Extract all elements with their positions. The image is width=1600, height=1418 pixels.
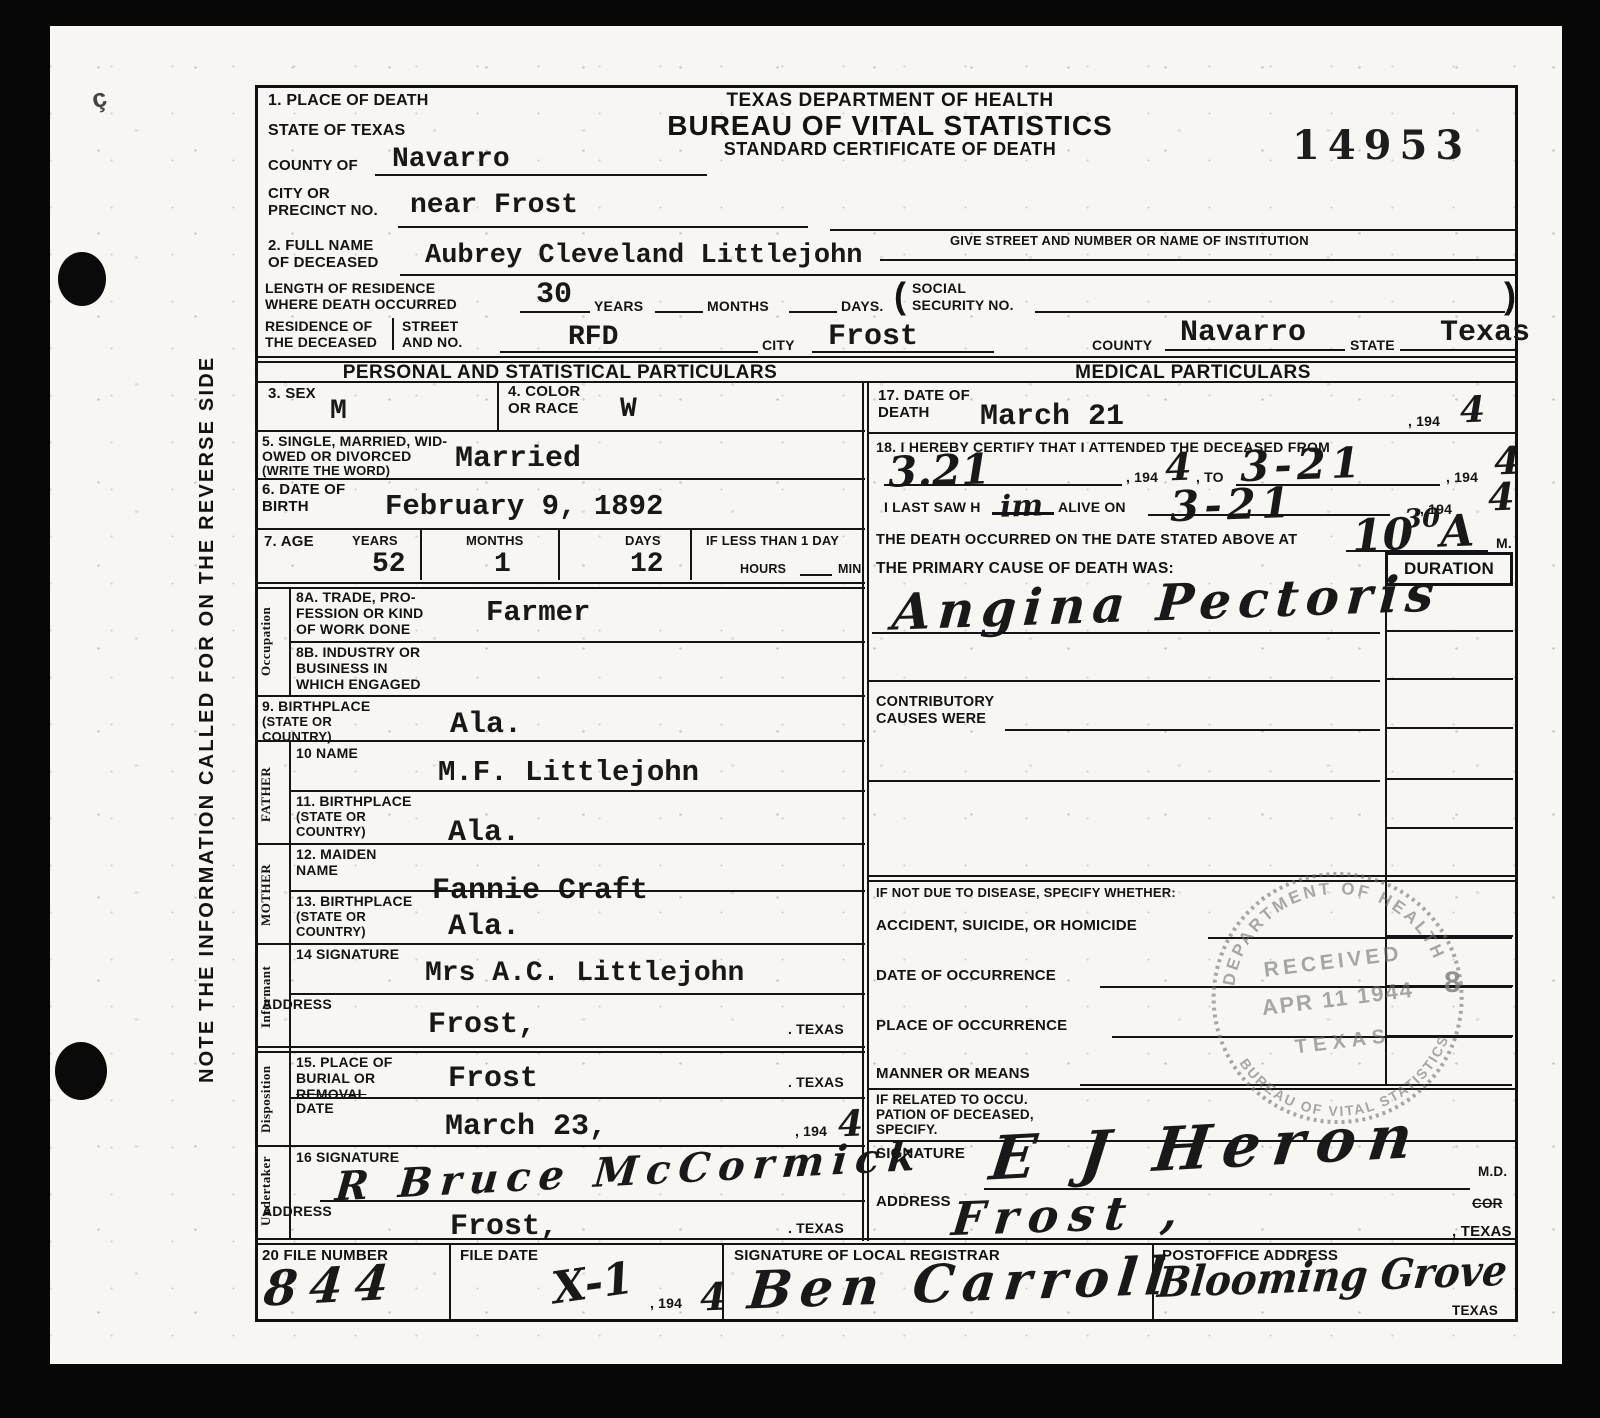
residence-years-field: 30 [536,280,572,310]
city-precinct-field: near Frost [410,192,578,220]
residence-state-field: Texas [1440,318,1530,348]
residence-length-label2: WHERE DEATH OCCURRED [265,297,457,313]
sex-label: 3. SEX [268,386,316,403]
marital-label3: (WRITE THE WORD) [262,464,390,479]
age-years-field: 52 [372,551,406,579]
divider-line [289,790,865,792]
age-months-field: 1 [494,551,511,579]
column-divider [867,381,869,1241]
hole-punch-bottom [55,1042,107,1100]
file-year-hand: 4 [699,1278,727,1317]
age-months-label: MONTHS [466,534,524,549]
divider-line [655,311,703,313]
mother-name-label1: 12. MAIDEN [296,847,377,863]
county-field: Navarro [392,146,510,174]
divider-line [1387,630,1513,632]
industry-label3: WHICH ENGAGED [296,677,421,693]
dod-year-hand: 4 [1459,392,1485,429]
color-label1: 4. COLOR [508,384,580,401]
father-strip-label: FATHER [258,752,286,836]
divider-line [375,174,707,176]
divider-line [255,843,865,845]
burial-place-field: Frost [448,1064,538,1094]
mother-bp-label1: 13. BIRTHPLACE [296,894,412,910]
state-field-label: STATE [1350,338,1395,354]
dept-header-line2: BUREAU OF VITAL STATISTICS [600,110,1180,141]
informant-addr-label: ADDRESS [262,997,332,1013]
accident-label: ACCIDENT, SUICIDE, OR HOMICIDE [876,918,1137,935]
county-of-label: COUNTY OF [268,158,358,175]
divider-line [320,1200,865,1202]
ssn-paren-close: ) [1504,276,1516,316]
place-occurrence-label: PLACE OF OCCURRENCE [876,1018,1067,1035]
trade-label3: OF WORK DONE [296,622,410,638]
divider-line [289,641,865,643]
ssn-label2: SECURITY NO. [912,298,1014,314]
age-years-label: YEARS [352,534,398,549]
postoffice-hand: Blooming Grove [1156,1250,1509,1304]
father-bp-label3: COUNTRY) [296,825,366,840]
divider-line [884,484,1122,486]
divider-line [500,351,758,353]
lastsaw-label2: ALIVE ON [1058,500,1126,516]
street-field: RFD [568,324,618,352]
physician-sig-label: SIGNATURE [876,1146,965,1163]
informant-addr-field: Frost, [428,1010,536,1040]
days-label: DAYS. [841,299,884,315]
contributory-label2: CAUSES WERE [876,711,986,727]
coroner-label: COR [1472,1196,1503,1211]
burial-date-label: DATE [296,1101,334,1117]
divider-line [1387,827,1513,829]
dod-label1: 17. DATE OF [878,388,970,405]
received-stamp: DEPARTMENT OF HEALTH BUREAU OF VITAL STA… [1171,839,1504,1163]
precinct-no-label: PRECINCT NO. [268,203,378,220]
certify-year1-printed: , 194 [1126,470,1158,486]
trade-label2: FESSION OR KIND [296,606,423,622]
divider-line [255,1243,1518,1245]
contributory-label1: CONTRIBUTORY [876,694,994,710]
industry-label1: 8B. INDUSTRY OR [296,645,420,661]
divider-line [255,356,1518,358]
race-field: W [620,396,637,424]
burial-date-field: March 23, [445,1112,607,1142]
divider-line [255,740,865,742]
divider-line [420,530,422,580]
postoffice-state-label: TEXAS [1452,1303,1498,1318]
age-label: 7. AGE [264,534,314,551]
dept-header-line3: STANDARD CERTIFICATE OF DEATH [600,139,1180,159]
informant-sig-label: 14 SIGNATURE [296,947,399,963]
dob-field: February 9, 1892 [385,492,663,521]
divider-line [830,229,1516,231]
divider-line [255,381,1518,383]
residence-of-label1: RESIDENCE OF [265,319,372,335]
divider-line [558,530,560,580]
divider-line [868,780,1380,782]
divider-line [255,1238,1518,1240]
registrar-signature: Ben Carroll [745,1250,1175,1317]
divider-line [992,512,1054,515]
occurred-ampm-hand: A [1439,509,1475,554]
lastsaw-him-hand: im [999,491,1043,522]
mother-birthplace-field: Ala. [448,912,520,942]
residence-county-field: Navarro [1180,318,1306,348]
divider-line [868,680,1380,682]
file-number-hand: 844 [262,1258,402,1313]
certify-from-hand: 3.21 [887,448,991,494]
birthplace-label3: COUNTRY) [262,730,332,745]
occupation-field: Farmer [486,598,590,627]
divider-line [880,259,1516,261]
months-label: MONTHS [707,299,769,315]
divider-line [789,311,837,313]
dob-label1: 6. DATE OF [262,482,345,499]
divider-line [400,274,1515,276]
divider-line [497,382,499,430]
undertaker-addr-label: ADDRESS [262,1204,332,1220]
industry-label2: BUSINESS IN [296,661,388,677]
divider-line [800,574,832,576]
full-name-label1: 2. FULL NAME [268,238,373,255]
date-occurrence-label: DATE OF OCCURRENCE [876,968,1056,985]
divider-line [1387,678,1513,680]
lastsaw-year-hand: 4 [1487,478,1515,517]
mother-name-label2: NAME [296,863,338,879]
father-name-label: 10 NAME [296,746,358,762]
burial-label1: 15. PLACE OF [296,1055,393,1071]
physician-addr-label: ADDRESS [876,1194,951,1211]
divider-line [1005,729,1380,731]
divider-line [1400,349,1515,351]
birthplace-field: Ala. [450,710,522,740]
marital-field: Married [455,444,581,474]
county-field-label: COUNTY [1092,338,1152,354]
city-or-label: CITY OR [268,186,330,203]
informant-state-label: . TEXAS [788,1022,844,1038]
divider-line [255,1051,865,1053]
divider-line [255,528,865,530]
occupation-strip-label: Occupation [258,591,286,691]
lastsaw-date-hand: 3-21 [1169,482,1295,528]
reverse-side-note: NOTE THE INFORMATION CALLED FOR ON THE R… [196,328,230,1110]
divider-line [398,226,808,228]
age-hours-label: HOURS [740,562,786,576]
city-field-label: CITY [762,338,795,354]
divider-line [255,478,865,480]
date-of-death-field: March 21 [980,402,1124,432]
occurred-sup-hand: 30 [1404,505,1441,532]
certificate-number: 14953 [1292,122,1471,169]
father-bp-label1: 11. BIRTHPLACE [296,794,412,810]
ssn-paren-open: ( [894,276,906,316]
dod-label2: DEATH [878,405,930,422]
hole-punch-top [58,252,106,306]
divider-line [690,530,692,580]
scanned-death-certificate: ç NOTE THE INFORMATION CALLED FOR ON THE… [0,0,1600,1418]
file-year-printed: , 194 [650,1296,682,1312]
related-label3: SPECIFY. [876,1122,938,1137]
birthplace-label2: (STATE OR [262,715,332,730]
divider-line [289,1097,865,1099]
dob-label2: BIRTH [262,499,309,516]
manner-label: MANNER OR MEANS [876,1066,1030,1083]
divider-line [255,582,865,584]
years-label: YEARS [594,299,643,315]
dod-year-printed: , 194 [1408,414,1440,430]
age-less-label: IF LESS THAN 1 DAY [706,534,839,549]
related-label1: IF RELATED TO OCCU. [876,1092,1028,1107]
stamp-texas: TEXAS [1294,1025,1393,1059]
residence-of-label2: THE DECEASED [265,335,377,351]
age-min-label: MIN [838,562,862,576]
disposition-strip-label: Disposition [258,1055,286,1143]
divider-line [812,351,994,353]
state-of-texas-label: STATE OF TEXAS [268,122,405,140]
corner-pen-mark: ç [89,83,110,115]
occurred-m-label: M. [1496,536,1512,552]
ifnot-label: IF NOT DUE TO DISEASE, SPECIFY WHETHER: [876,886,1176,901]
md-label: M.D. [1478,1164,1507,1179]
residence-length-label1: LENGTH OF RESIDENCE [265,281,435,297]
divider-line [868,432,1516,434]
undertaker-strip-label: Undertaker [258,1148,286,1234]
undertaker-state-label: . TEXAS [788,1221,844,1237]
street-label2: AND NO. [402,335,463,351]
father-bp-label2: (STATE OR [296,810,366,825]
divider-line [1387,727,1513,729]
divider-line [520,311,590,313]
mother-bp-label2: (STATE OR [296,910,366,925]
divider-line [255,695,865,697]
divider-line [255,943,865,945]
dept-header-line1: TEXAS DEPARTMENT OF HEALTH [600,90,1180,111]
occurred-label: THE DEATH OCCURRED ON THE DATE STATED AB… [876,532,1297,548]
city-field: Frost [828,322,918,352]
divider-line [872,632,1380,634]
divider-line [1387,778,1513,780]
street-label1: STREET [402,319,458,335]
lastsaw-label1: I LAST SAW H [884,500,981,516]
divider-line [392,318,394,350]
mother-bp-label3: COUNTRY) [296,925,366,940]
burial-state-label: . TEXAS [788,1075,844,1091]
stamp-date: APR 11 1944 [1260,977,1415,1020]
full-name-label2: OF DECEASED [268,255,379,272]
divider-line [255,1046,865,1048]
related-label2: PATION OF DECEASED, [876,1107,1034,1122]
divider-line [289,890,865,892]
divider-line [449,1243,451,1320]
color-label2: OR RACE [508,401,579,418]
informant-name-field: Mrs A.C. Littlejohn [425,960,744,988]
divider-line [1035,311,1505,313]
divider-line [289,993,865,995]
stamp-received: RECEIVED [1263,942,1404,982]
father-name-field: M.F. Littlejohn [438,758,699,787]
certify-year2-printed: , 194 [1446,470,1478,486]
birthplace-label1: 9. BIRTHPLACE [262,699,370,715]
ssn-label1: SOCIAL [912,281,966,297]
divider-line [1165,349,1345,351]
trade-label1: 8A. TRADE, PRO- [296,590,416,606]
file-date-hand: X-1 [549,1257,636,1312]
divider-line [255,430,865,432]
physician-addr-hand: Frost , [950,1188,1191,1242]
mother-strip-label: MOTHER [258,855,286,935]
place-of-death-label: 1. PLACE OF DEATH [268,92,428,110]
divider-line [289,740,291,1240]
burial-label2: BURIAL OR [296,1071,375,1087]
file-date-label: FILE DATE [460,1248,538,1265]
sex-field: M [330,398,347,426]
institution-note-label: GIVE STREET AND NUMBER OR NAME OF INSTIT… [950,234,1309,249]
age-days-field: 12 [630,551,664,579]
decedent-name-field: Aubrey Cleveland Littlejohn [425,243,862,270]
age-days-label: DAYS [625,534,661,549]
stamp-side-digit: 8 [1444,966,1461,1000]
